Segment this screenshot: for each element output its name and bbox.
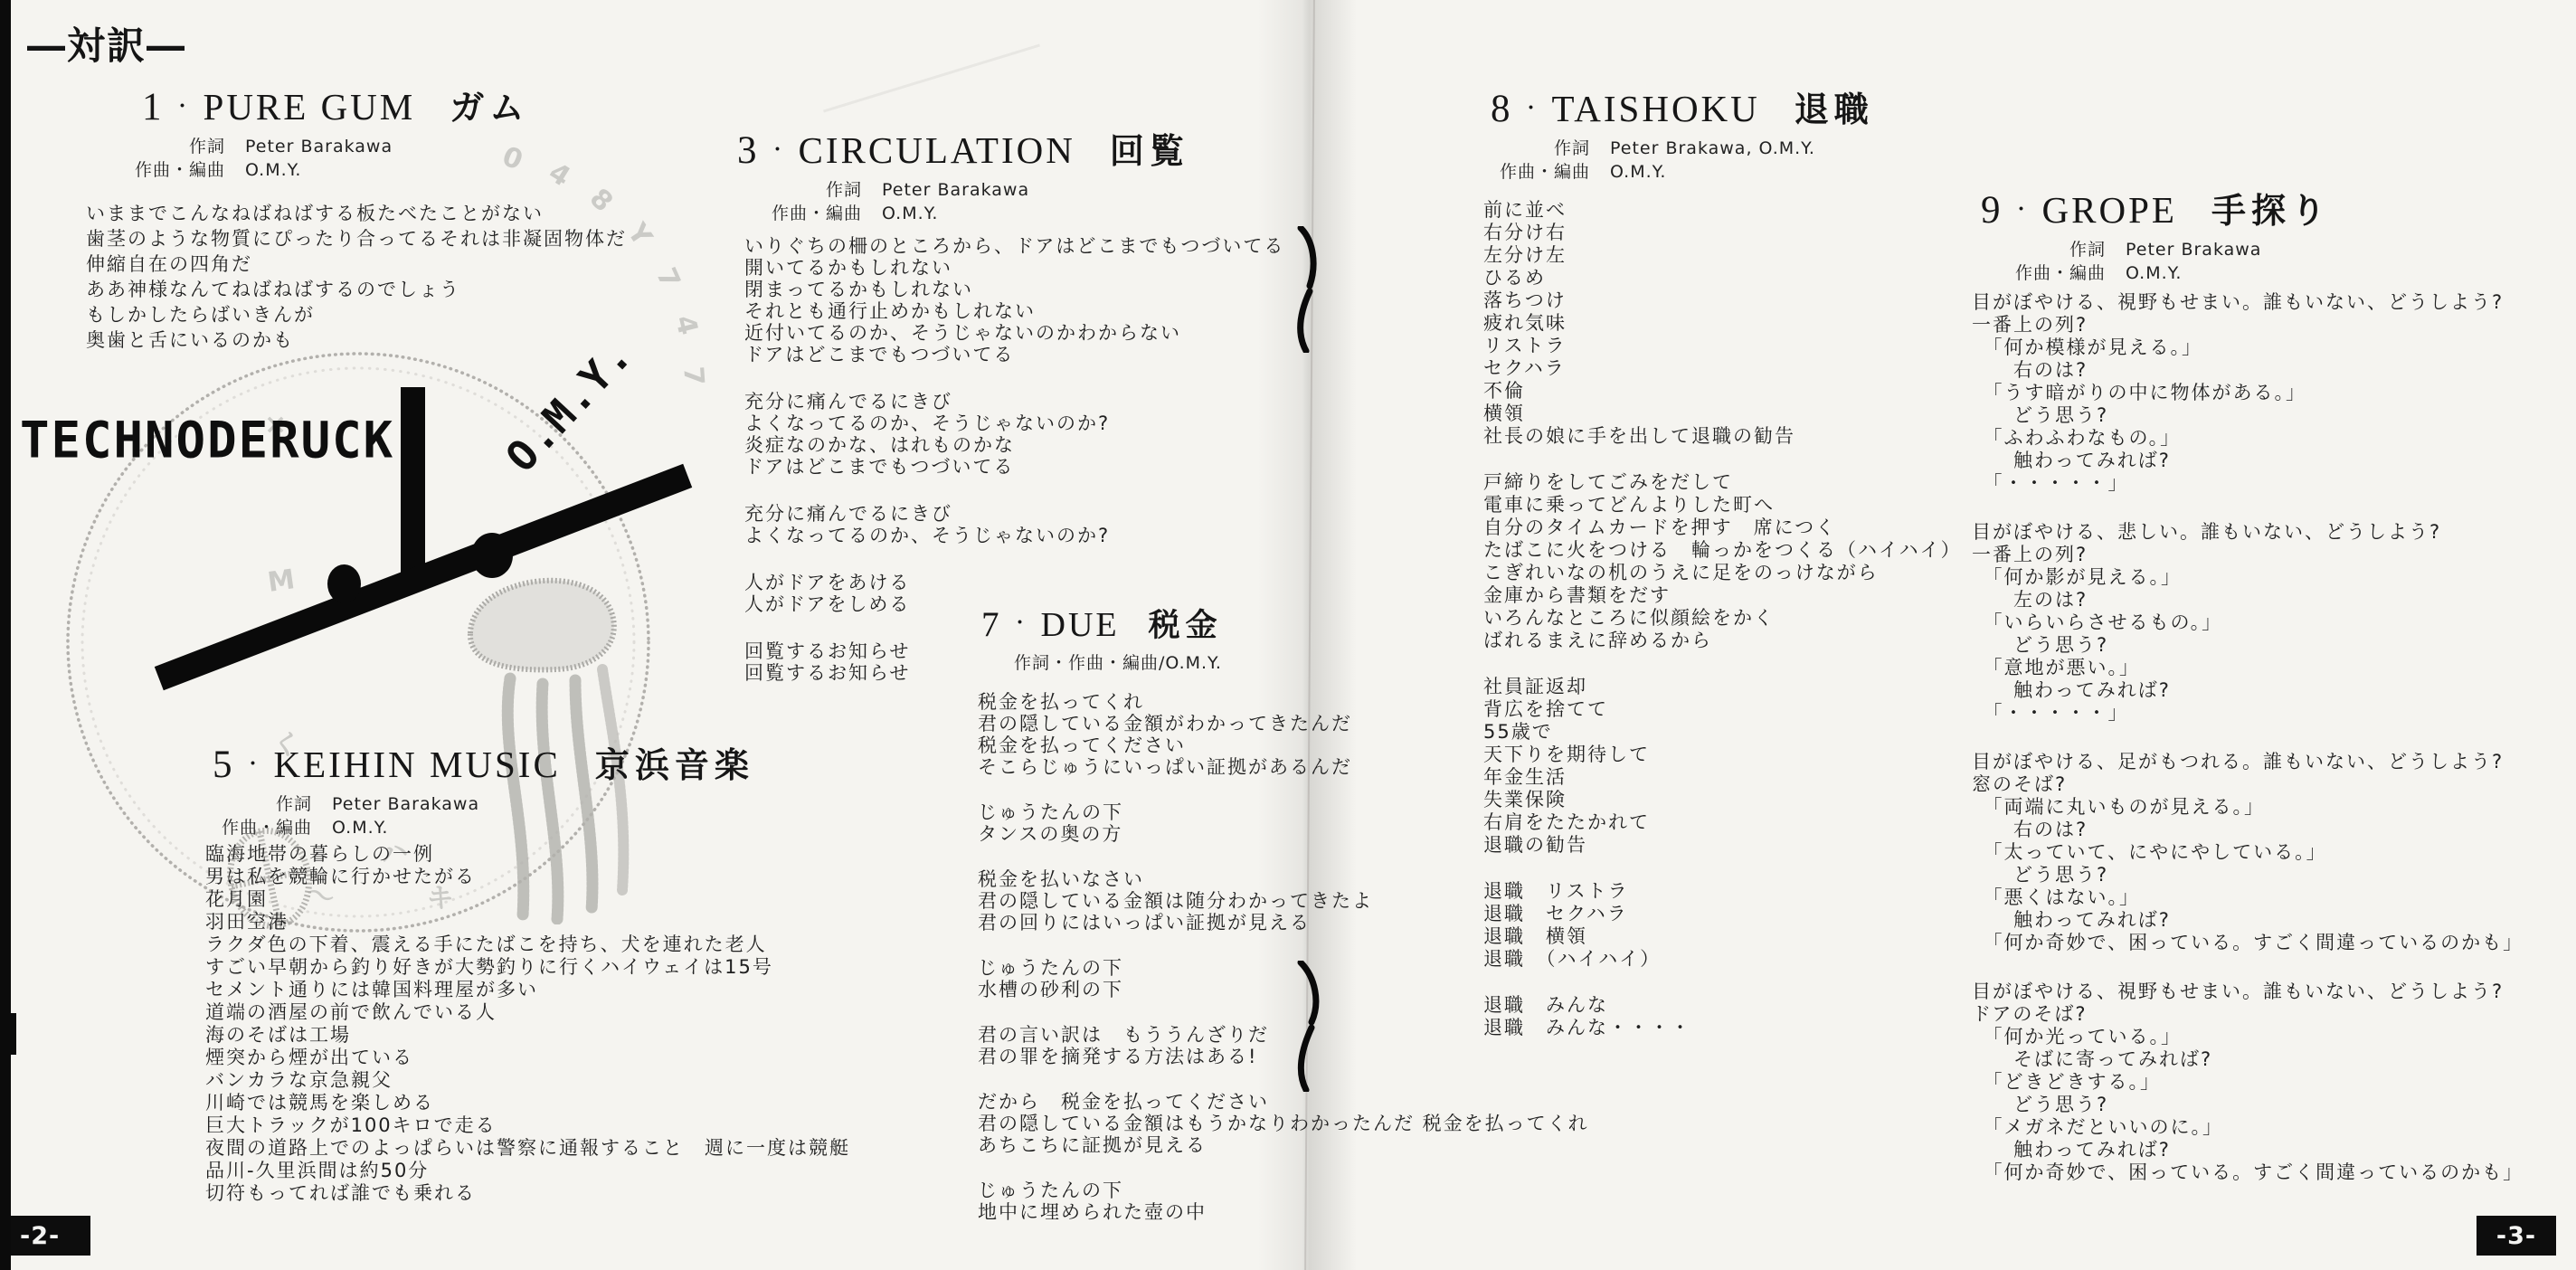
lyric-line: ドアはどこまでもつづいてる xyxy=(744,456,1284,478)
credit-label: 作詞 xyxy=(1999,238,2106,261)
lyric-line: ああ神様なんてねばねばするのでしょう xyxy=(86,277,627,302)
lyric-line: 55歳で xyxy=(1483,721,1962,744)
lyric-line: 煙突から煙が出ている xyxy=(205,1047,850,1069)
lyric-line: 羽田空港 xyxy=(205,911,850,934)
credit-value: Peter Barakawa xyxy=(332,792,479,816)
lyric-line: 戸締りをしてごみをだして xyxy=(1483,471,1962,494)
lyric-line: どう思う? xyxy=(1972,864,2524,886)
lyric-line: 品川-久里浜間は約50分 xyxy=(205,1160,850,1182)
lyric-line: 一番上の列? xyxy=(1972,314,2524,336)
stanza: じゅうたんの下地中に埋められた壺の中 xyxy=(978,1180,1589,1223)
credit-line: 作曲・編曲O.M.Y. xyxy=(1483,160,2117,184)
lyric-line: ばれるまえに辞めるから xyxy=(1483,630,1962,652)
song-title: 9・GROPE手探り xyxy=(1981,183,2569,232)
song-section-1: 1・PURE GUMガム 作詞Peter Barakawa作曲・編曲O.M.Y.… xyxy=(86,80,773,182)
lyric-line: いりぐちの柵のところから、ドアはどこまでもつづいてる xyxy=(744,235,1284,257)
lyric-line: 「何か奇妙で、困っている。すごく間違っているのかも」 xyxy=(1972,932,2524,954)
credit-line: 作曲・編曲O.M.Y. xyxy=(1999,261,2569,285)
credit-label: 作曲・編曲 xyxy=(755,202,862,225)
lyric-line: 左のは? xyxy=(1972,589,2524,611)
lyric-line: 炎症なのかな、はれものかな xyxy=(744,434,1284,456)
lyric-line: それとも通行止めかもしれない xyxy=(744,300,1284,322)
lyric-line: よくなってるのか、そうじゃないのか? xyxy=(744,412,1284,434)
title-bullet: ・ xyxy=(173,95,193,118)
credit-line: 作詞Peter Brakawa xyxy=(1999,238,2569,261)
song-lyrics: 目がぼやける、視野もせまい。誰もいない、どうしよう?一番上の列? 「何か模様が見… xyxy=(1972,291,2524,1210)
lyric-line: ラクダ色の下着、震える手にたばこを持ち、犬を連れた老人 xyxy=(205,934,850,956)
track-number: 5 xyxy=(213,744,232,786)
lyric-line: 「いらいらさせるもの。」 xyxy=(1972,611,2524,634)
lyric-line: 電車に乗ってどんよりした町へ xyxy=(1483,494,1962,517)
lyric-line: 道端の酒屋の前で飲んでいる人 xyxy=(205,1001,850,1024)
lyric-line: 閉まってるかもしれない xyxy=(744,279,1284,300)
logo-dot-left xyxy=(327,564,361,603)
credit-label: 作曲・編曲 xyxy=(205,816,312,839)
track-number: 1 xyxy=(142,86,162,128)
lyric-line: あちこちに証拠が見える xyxy=(978,1134,1589,1156)
song-credits: 作詞Peter Barakawa作曲・編曲O.M.Y. xyxy=(755,178,1334,225)
booklet-spread: ―対訳― 0 4 8 Y 7 4 7 × M く 〜 ハ キ TECHNODER… xyxy=(0,0,2576,1270)
lyric-line: よくなってるのか、そうじゃないのか? xyxy=(744,525,1284,546)
stanza: 前に並べ右分け右左分け左ひるめ落ちつけ疲れ気味リストラセクハラ不倫横領社長の娘に… xyxy=(1483,199,1962,448)
lyric-line: 臨海地帯の暮らしの一例 xyxy=(205,843,850,866)
lyric-line: 窓のそば? xyxy=(1972,773,2524,796)
lyric-line: 社長の娘に手を出して退職の勧告 xyxy=(1483,425,1962,448)
lyric-line: 「ふわふわなもの。」 xyxy=(1972,427,2524,450)
title-bullet: ・ xyxy=(1521,97,1541,119)
stanza: 戸締りをしてごみをだして電車に乗ってどんよりした町へ自分のタイムカードを押す 席… xyxy=(1483,471,1962,652)
track-name-ja: 手探り xyxy=(2211,191,2331,231)
song-title: 1・PURE GUMガム xyxy=(142,80,773,129)
song-credits: 作詞Peter Barakawa作曲・編曲O.M.Y. xyxy=(118,135,773,182)
lyric-line: 失業保険 xyxy=(1483,789,1962,811)
credit-value: Peter Brakawa, O.M.Y. xyxy=(1610,137,1815,160)
track-number: 7 xyxy=(981,605,999,644)
track-number: 3 xyxy=(737,129,757,172)
lyric-line: 右分け右 xyxy=(1483,222,1962,244)
credit-value: O.M.Y. xyxy=(882,202,938,225)
page-number-left: -2- xyxy=(11,1216,90,1256)
lyric-line: 目がぼやける、悲しい。誰もいない、どうしよう? xyxy=(1972,521,2524,544)
logo-noise-glyph: 7 xyxy=(677,365,709,386)
credit-line: 作詞Peter Barakawa xyxy=(755,178,1334,202)
track-name-ja: 回覧 xyxy=(1110,131,1189,171)
lyric-line: 前に並べ xyxy=(1483,199,1962,222)
title-bullet: ・ xyxy=(2012,198,2031,221)
lyric-line: セクハラ xyxy=(1483,357,1962,380)
lyric-line: 「太っていて、にやにやしている。」 xyxy=(1972,841,2524,864)
lyric-line: 「意地が悪い。」 xyxy=(1972,657,2524,679)
lyric-line: ひるめ xyxy=(1483,267,1962,289)
credit-label: 作曲・編曲 xyxy=(1483,160,1590,184)
lyric-line: 「・・・・・」 xyxy=(1972,702,2524,725)
lyric-line: 金庫から書類をだす xyxy=(1483,584,1962,607)
lyric-line: 触わってみれば? xyxy=(1972,1139,2524,1161)
title-bullet: ・ xyxy=(1010,611,1030,634)
credit-line: 作曲・編曲O.M.Y. xyxy=(755,202,1334,225)
logo-noise-glyph: 4 xyxy=(668,312,704,338)
lyric-line: 天下りを期待して xyxy=(1483,744,1962,766)
lyric-line: 「・・・・・」 xyxy=(1972,472,2524,495)
lyric-line: 夜間の道路上でのよっぱらいは警察に通報すること 週に一度は競艇 xyxy=(205,1137,850,1160)
song-title: 8・TAISHOKU退職 xyxy=(1491,81,2117,131)
lyric-line: 背広を捨てて xyxy=(1483,698,1962,721)
lyric-line: じゅうたんの下 xyxy=(978,1180,1589,1201)
track-name-ja: ガム xyxy=(450,88,529,128)
lyric-line: 「何か模様が見える。」 xyxy=(1972,336,2524,359)
song-lyrics: 臨海地帯の暮らしの一例男は私を競輪に行かせたがる花月園羽田空港ラクダ色の下着、震… xyxy=(205,843,850,1228)
lyric-line: 花月園 xyxy=(205,888,850,911)
stanza: 退職 みんな退職 みんな・・・・ xyxy=(1483,994,1962,1039)
logo-noise-glyph: 7 xyxy=(649,263,686,293)
lyric-line: 落ちつけ xyxy=(1483,289,1962,312)
lyric-line: いままでこんなねばねばする板たべたことがない xyxy=(86,201,627,226)
lyric-line: 海のそばは工場 xyxy=(205,1024,850,1047)
lyric-line: 充分に痛んでるにきび xyxy=(744,391,1284,412)
lyric-line: 川崎では競馬を楽しめる xyxy=(205,1092,850,1114)
track-name: CIRCULATION xyxy=(799,129,1075,171)
lyric-line: 君の隠している金額はもうかなりわかったんだ 税金を払ってくれ xyxy=(978,1113,1589,1134)
lyric-line: そばに寄ってみれば? xyxy=(1972,1048,2524,1071)
lyric-line: 退職 みんな xyxy=(1483,994,1962,1017)
lyric-line: 一番上の列? xyxy=(1972,544,2524,566)
lyric-line: 触わってみれば? xyxy=(1972,679,2524,702)
credit-label: 作詞 xyxy=(205,792,312,816)
scan-left-edge xyxy=(0,0,11,1270)
lyric-line: 自分のタイムカードを押す 席につく xyxy=(1483,517,1962,539)
lyric-line: 目がぼやける、足がもつれる。誰もいない、どうしよう? xyxy=(1972,751,2524,773)
lyric-line: 「メガネだといいのに。」 xyxy=(1972,1116,2524,1139)
lyric-line: 右のは? xyxy=(1972,819,2524,841)
song-lyrics: いままでこんなねばねばする板たべたことがない歯茎のような物質にぴったり合ってるそ… xyxy=(86,201,627,376)
lyric-line: 巨大トラックが100キロで走る xyxy=(205,1114,850,1137)
credit-value: O.M.Y. xyxy=(1610,160,1666,184)
lyric-line: 「何か奇妙で、困っている。すごく間違っているのかも」 xyxy=(1972,1161,2524,1184)
lyric-line: 「どきどきする。」 xyxy=(1972,1071,2524,1094)
track-name: DUE xyxy=(1041,606,1120,644)
scan-streak xyxy=(823,44,1040,113)
lyric-line: 目がぼやける、視野もせまい。誰もいない、どうしよう? xyxy=(1972,291,2524,314)
lyric-line: 「両端に丸いものが見える。」 xyxy=(1972,796,2524,819)
credit-label: 作曲・編曲 xyxy=(118,158,225,182)
lyric-line: 退職 セクハラ xyxy=(1483,903,1962,925)
track-name-ja: 退職 xyxy=(1795,90,1874,129)
track-name: GROPE xyxy=(2042,189,2177,231)
stanza: 目がぼやける、悲しい。誰もいない、どうしよう?一番上の列? 「何か影が見える。」… xyxy=(1972,521,2524,725)
lyric-line: 退職 リストラ xyxy=(1483,880,1962,903)
stanza: 臨海地帯の暮らしの一例男は私を競輪に行かせたがる花月園羽田空港ラクダ色の下着、震… xyxy=(205,843,850,1205)
lyric-line: ドアのそば? xyxy=(1972,1003,2524,1026)
brand-wordmark: TECHNODERUCK xyxy=(20,411,394,469)
lyric-line: 年金生活 xyxy=(1483,766,1962,789)
song-credits: 作詞Peter Barakawa作曲・編曲O.M.Y. xyxy=(205,792,893,839)
song-credits: 作詞Peter Brakawa作曲・編曲O.M.Y. xyxy=(1999,238,2569,285)
stanza: 社員証返却背広を捨てて55歳で天下りを期待して年金生活失業保険右肩をたたかれて退… xyxy=(1483,676,1962,857)
lyric-line: 「悪くはない。」 xyxy=(1972,886,2524,909)
lyric-line: 男は私を競輪に行かせたがる xyxy=(205,866,850,888)
lyric-line: こぎれいなの机のうえに足をのっけながら xyxy=(1483,562,1962,584)
lyric-line: 右肩をたたかれて xyxy=(1483,811,1962,834)
stanza: だから 税金を払ってください君の隠している金額はもうかなりわかったんだ 税金を払… xyxy=(978,1091,1589,1156)
lyric-line: 退職の勧告 xyxy=(1483,834,1962,857)
seesaw-stub xyxy=(401,387,425,582)
stanza: 目がぼやける、足がもつれる。誰もいない、どうしよう?窓のそば? 「両端に丸いもの… xyxy=(1972,751,2524,954)
lyric-line: バンカラな京急親父 xyxy=(205,1069,850,1092)
track-name: PURE GUM xyxy=(204,86,416,128)
lyric-line: たばこに火をつける 輪っかをつくる（ハイハイ） xyxy=(1483,539,1962,562)
stanza: 目がぼやける、視野もせまい。誰もいない、どうしよう?ドアのそば? 「何か光ってい… xyxy=(1972,981,2524,1184)
lyric-line: 横領 xyxy=(1483,403,1962,425)
lyric-line: どう思う? xyxy=(1972,1094,2524,1116)
track-name: KEIHIN MUSIC xyxy=(274,744,561,785)
lyric-line: 左分け左 xyxy=(1483,244,1962,267)
lyric-line: 退職 みんな・・・・ xyxy=(1483,1017,1962,1039)
lyric-line: だから 税金を払ってください xyxy=(978,1091,1589,1113)
stanza: いままでこんなねばねばする板たべたことがない歯茎のような物質にぴったり合ってるそ… xyxy=(86,201,627,353)
song-section-5: 5・KEIHIN MUSIC京浜音楽 作詞Peter Barakawa作曲・編曲… xyxy=(205,737,893,839)
lyric-line: 切符もってれば誰でも乗れる xyxy=(205,1182,850,1205)
lyric-line: 社員証返却 xyxy=(1483,676,1962,698)
track-name-ja: 税金 xyxy=(1149,608,1223,644)
spread-title: ―対訳― xyxy=(27,16,186,71)
lyric-line: 右のは? xyxy=(1972,359,2524,382)
credit-value: O.M.Y. xyxy=(245,158,301,182)
credit-label: 作詞 xyxy=(1483,137,1590,160)
lyric-line: 目がぼやける、視野もせまい。誰もいない、どうしよう? xyxy=(1972,981,2524,1003)
title-bullet: ・ xyxy=(768,138,788,161)
track-number: 9 xyxy=(1981,189,2001,232)
lyric-line: 退職 横領 xyxy=(1483,925,1962,948)
song-title: 3・CIRCULATION回覧 xyxy=(737,123,1334,173)
credit-value: Peter Brakawa xyxy=(2126,238,2261,261)
lyric-line: 充分に痛んでるにきび xyxy=(744,503,1284,525)
credit-line: 作詞Peter Barakawa xyxy=(118,135,773,158)
lyric-line: 近付いてるのか、そうじゃないのかわからない xyxy=(744,322,1284,344)
stanza: 充分に痛んでるにきびよくなってるのか、そうじゃないのか? xyxy=(744,503,1284,546)
track-name: TAISHOKU xyxy=(1552,88,1760,129)
page-number-right: -3- xyxy=(2477,1216,2556,1256)
credit-line: 作曲・編曲O.M.Y. xyxy=(118,158,773,182)
logo-noise-glyph: M xyxy=(266,564,297,599)
lyric-line: もしかしたらばいきんが xyxy=(86,302,627,327)
lyric-line: 歯茎のような物質にぴったり合ってるそれは非凝固物体だ xyxy=(86,226,627,251)
lyric-line: いろんなところに似顔絵をかく xyxy=(1483,607,1962,630)
lyric-line: 開いてるかもしれない xyxy=(744,257,1284,279)
lyric-line: 疲れ気味 xyxy=(1483,312,1962,335)
stanza: 退職 リストラ退職 セクハラ退職 横領退職 （ハイハイ） xyxy=(1483,880,1962,971)
staple-top-icon xyxy=(1290,226,1326,353)
lyric-line: リストラ xyxy=(1483,335,1962,357)
scan-left-notch xyxy=(0,1013,16,1055)
lyric-line: 地中に埋められた壺の中 xyxy=(978,1201,1589,1223)
lyric-line: どう思う? xyxy=(1972,404,2524,427)
track-number: 8 xyxy=(1491,88,1511,130)
track-name-ja: 京浜音楽 xyxy=(595,745,754,785)
lyric-line: 伸縮自在の四角だ xyxy=(86,251,627,277)
stanza: 充分に痛んでるにきびよくなってるのか、そうじゃないのか?炎症なのかな、はれものか… xyxy=(744,391,1284,478)
lyric-line: 退職 （ハイハイ） xyxy=(1483,948,1962,971)
song-section-3: 3・CIRCULATION回覧 作詞Peter Barakawa作曲・編曲O.M… xyxy=(737,123,1334,225)
credit-value: O.M.Y. xyxy=(332,816,388,839)
lyric-line: 奥歯と舌にいるのかも xyxy=(86,327,627,353)
credit-line: 作詞Peter Brakawa, O.M.Y. xyxy=(1483,137,2117,160)
lyric-line: 「うす暗がりの中に物体がある。」 xyxy=(1972,382,2524,404)
credit-line: 作曲・編曲O.M.Y. xyxy=(205,816,893,839)
stanza: いりぐちの柵のところから、ドアはどこまでもつづいてる開いてるかもしれない閉まって… xyxy=(744,235,1284,365)
lyric-line: 人がドアをあける xyxy=(744,572,1284,593)
credit-label: 作詞 xyxy=(755,178,862,202)
song-section-9: 9・GROPE手探り 作詞Peter Brakawa作曲・編曲O.M.Y. 目が… xyxy=(1972,183,2569,285)
lyric-line: 触わってみれば? xyxy=(1972,450,2524,472)
credit-value: Peter Barakawa xyxy=(245,135,393,158)
title-bullet: ・ xyxy=(243,753,263,775)
song-lyrics: 前に並べ右分け右左分け左ひるめ落ちつけ疲れ気味リストラセクハラ不倫横領社長の娘に… xyxy=(1483,199,1962,1063)
credit-label: 作詞・作曲・編曲/O.M.Y. xyxy=(1014,651,1222,675)
credit-label: 作曲・編曲 xyxy=(1999,261,2106,285)
song-section-8: 8・TAISHOKU退職 作詞Peter Brakawa, O.M.Y.作曲・編… xyxy=(1483,81,2117,184)
stanza: 目がぼやける、視野もせまい。誰もいない、どうしよう?一番上の列? 「何か模様が見… xyxy=(1972,291,2524,495)
lyric-line: 触わってみれば? xyxy=(1972,909,2524,932)
credit-label: 作詞 xyxy=(118,135,225,158)
lyric-line: 「何か光っている。」 xyxy=(1972,1026,2524,1048)
credit-value: Peter Barakawa xyxy=(882,178,1029,202)
credit-line: 作詞Peter Barakawa xyxy=(205,792,893,816)
credit-value: O.M.Y. xyxy=(2126,261,2182,285)
lyric-line: すごい早朝から釣り好きが大勢釣りに行くハイウェイは15号 xyxy=(205,956,850,979)
lyric-line: 「何か影が見える。」 xyxy=(1972,566,2524,589)
lyric-line: 不倫 xyxy=(1483,380,1962,403)
lyric-line: どう思う? xyxy=(1972,634,2524,657)
lyric-line: ドアはどこまでもつづいてる xyxy=(744,344,1284,365)
lyric-line: セメント通りには韓国料理屋が多い xyxy=(205,979,850,1001)
song-credits: 作詞Peter Brakawa, O.M.Y.作曲・編曲O.M.Y. xyxy=(1483,137,2117,184)
song-title: 5・KEIHIN MUSIC京浜音楽 xyxy=(213,737,893,787)
